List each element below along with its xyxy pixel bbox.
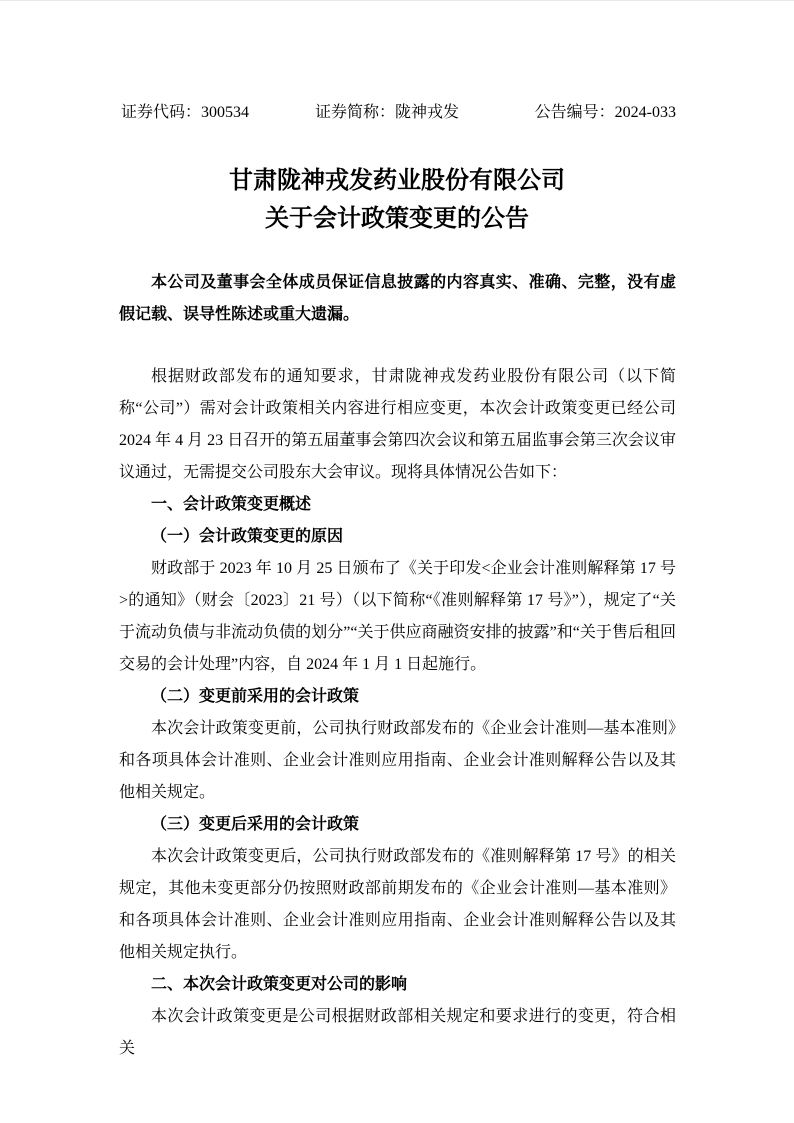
- stock-short-name: 证券简称：陇神戎发: [315, 104, 459, 122]
- document-page: 证券代码：300534 证券简称：陇神戎发 公告编号：2024-033 甘肃陇神…: [0, 0, 794, 1123]
- stock-code: 证券代码：300534: [121, 104, 249, 122]
- document-title-company: 甘肃陇神戎发药业股份有限公司: [0, 162, 794, 200]
- paragraph-policy-before: 本次会计政策变更前，公司执行财政部发布的《企业会计准则—基本准则》和各项具体会计…: [119, 713, 676, 809]
- section-heading-1: 一、会计政策变更概述: [119, 489, 676, 521]
- paragraph-intro: 根据财政部发布的通知要求，甘肃陇神戎发药业股份有限公司（以下简称“公司”）需对会…: [119, 361, 676, 489]
- document-body: 根据财政部发布的通知要求，甘肃陇神戎发药业股份有限公司（以下简称“公司”）需对会…: [119, 361, 676, 1065]
- paragraph-impact-first-line: 本次会计政策变更是公司根据财政部相关规定和要求进行的变更，符合相关: [119, 1001, 676, 1065]
- document-meta-row: 证券代码：300534 证券简称：陇神戎发 公告编号：2024-033: [119, 104, 676, 124]
- subsection-heading-1-1: （一）会计政策变更的原因: [119, 521, 676, 553]
- section-heading-2: 二、本次会计政策变更对公司的影响: [119, 969, 676, 1001]
- document-title-subject: 关于会计政策变更的公告: [0, 200, 794, 238]
- paragraph-policy-after: 本次会计政策变更后，公司执行财政部发布的《准则解释第 17 号》的相关规定，其他…: [119, 841, 676, 969]
- announcement-number: 公告编号：2024-033: [535, 104, 676, 122]
- subsection-heading-1-2: （二）变更前采用的会计政策: [119, 681, 676, 713]
- subsection-heading-1-3: （三）变更后采用的会计政策: [119, 809, 676, 841]
- disclaimer-paragraph: 本公司及董事会全体成员保证信息披露的内容真实、准确、完整，没有虚假记载、误导性陈…: [119, 267, 676, 331]
- paragraph-change-reason: 财政部于 2023 年 10 月 25 日颁布了《关于印发<企业会计准则解释第 …: [119, 553, 676, 681]
